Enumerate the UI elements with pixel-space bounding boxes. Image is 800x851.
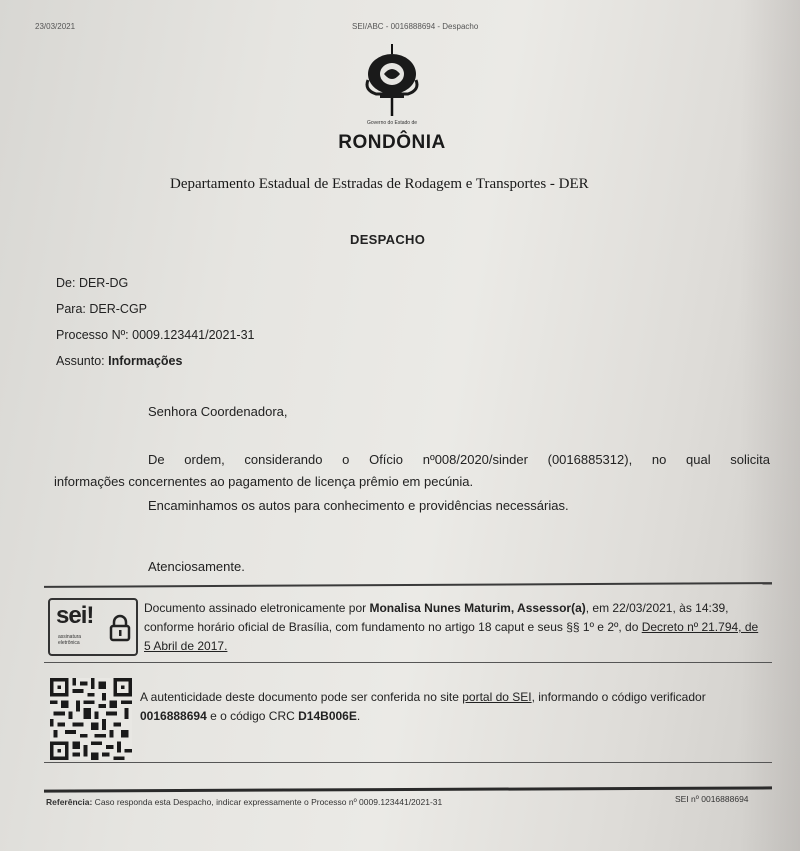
department-name: Departamento Estadual de Estradas de Rod…: [170, 176, 589, 193]
footer-reference: Referência: Caso responda esta Despacho,…: [46, 797, 442, 807]
print-date: 23/03/2021: [35, 22, 75, 31]
authenticity-statement: A autenticidade deste documento pode ser…: [140, 688, 770, 726]
field-value: 0009.123441/2021-31: [132, 328, 254, 342]
paragraph-1-line-1: De ordem, considerando o Ofício nº008/20…: [148, 452, 770, 467]
signature-statement: Documento assinado eletronicamente por M…: [144, 599, 766, 656]
field-value: Informações: [108, 354, 182, 368]
footer-divider: [44, 786, 772, 792]
state-coat-of-arms-icon: [360, 44, 424, 118]
sei-logo: sei!: [56, 602, 93, 630]
divider: [44, 762, 772, 763]
government-caption: Governo do Estado de: [350, 120, 434, 126]
scanned-document-page: 23/03/2021 SEI/ABC - 0016888694 - Despac…: [0, 0, 800, 851]
field-label: Para:: [56, 302, 86, 316]
sei-portal-link[interactable]: portal do SEI: [462, 690, 531, 704]
signer-name: Monalisa Nunes Maturim, Assessor(a): [369, 601, 585, 615]
field-process-number: Processo Nº: 0009.123441/2021-31: [56, 328, 254, 342]
field-subject: Assunto: Informações: [56, 354, 182, 368]
field-label: Processo Nº:: [56, 328, 129, 342]
salutation: Senhora Coordenadora,: [148, 404, 288, 419]
padlock-icon: [108, 614, 132, 642]
sei-signature-seal: sei! assinatura eletrônica: [48, 598, 138, 656]
divider: [44, 662, 772, 663]
qr-code-icon: [50, 675, 132, 763]
field-to: Para: DER-CGP: [56, 302, 147, 316]
paragraph-2: Encaminhamos os autos para conhecimento …: [148, 498, 569, 513]
field-label: Assunto:: [56, 354, 105, 368]
field-value: DER-DG: [79, 276, 128, 290]
document-title: DESPACHO: [350, 232, 425, 247]
crc-code: D14B006E: [298, 709, 357, 723]
closing: Atenciosamente.: [148, 559, 245, 574]
field-from: De: DER-DG: [56, 276, 128, 290]
verifier-code: 0016888694: [140, 709, 207, 723]
print-document-reference: SEI/ABC - 0016888694 - Despacho: [352, 22, 478, 31]
sei-logo-subtitle: assinatura eletrônica: [58, 634, 98, 646]
field-label: De:: [56, 276, 75, 290]
paragraph-1-line-2: informações concernentes ao pagamento de…: [54, 474, 473, 489]
field-value: DER-CGP: [89, 302, 147, 316]
footer-sei-number: SEI nº 0016888694: [675, 794, 749, 804]
state-name: RONDÔNIA: [338, 132, 446, 154]
divider: [44, 582, 772, 588]
